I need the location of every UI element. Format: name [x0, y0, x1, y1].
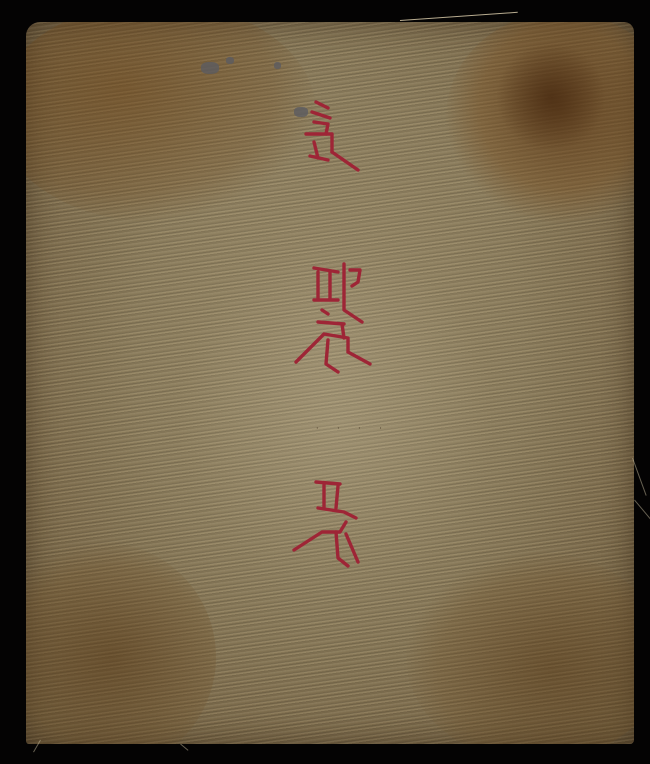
stitch-marks: · · · ·: [316, 424, 390, 433]
loose-thread: [400, 12, 518, 21]
fray-right: [632, 458, 647, 496]
fray-bottom: [180, 744, 188, 751]
fray-right: [634, 500, 650, 524]
stain-bottom-left: [26, 542, 216, 744]
stain-top-right: [446, 22, 634, 222]
debris: [226, 57, 234, 64]
inscription-top: [288, 94, 368, 174]
inscription-middle: [288, 258, 398, 378]
photo-scene: · · · ·: [0, 0, 650, 764]
stain-bottom-right: [406, 552, 634, 744]
stain-top-left: [26, 22, 316, 222]
debris: [274, 62, 281, 69]
stain-top-right-dark: [496, 42, 606, 152]
debris: [201, 62, 219, 74]
manuscript-cover: · · · ·: [26, 22, 634, 744]
inscription-lower: [288, 470, 378, 570]
